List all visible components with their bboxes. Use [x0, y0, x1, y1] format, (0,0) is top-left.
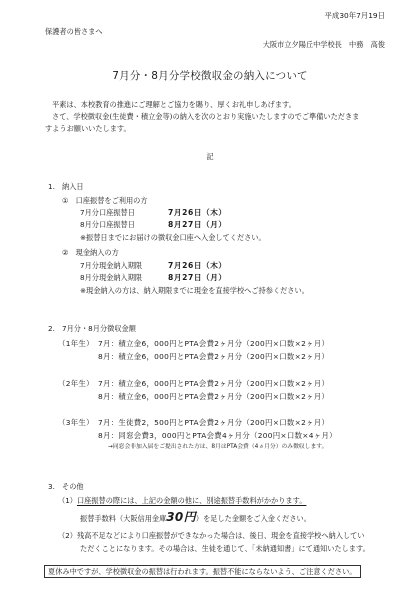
summer-notice-box: 夏休み中ですが、学校徴収金の振替は行われます。振替不能にならないよう、ご注意くだ… — [44, 565, 361, 578]
fee-text: 7月：生徒費2，500円とPTA会費2ヶ月分（200円×口数×2ヶ月） — [98, 419, 329, 426]
grade-2-august: 8月：積立金6，000円とPTA会費2ヶ月分（200円×口数×2ヶ月） — [98, 393, 329, 400]
transfer-row-july: 7月分口座振替日 7月26日（木） — [80, 209, 227, 217]
section-1-heading: 1. 納入日 — [48, 183, 84, 190]
fee-text: 7月：積立金6，000円とPTA会費2ヶ月分（200円×口数×2ヶ月） — [98, 380, 329, 387]
row-label: 8月分現金納入期限 — [80, 274, 168, 282]
grade-label: （3年生） — [58, 419, 98, 426]
grade-3-note: →同窓会非加入届をご提出された方は、8月はPTA会費（4ヵ月分）のみ徴収します。 — [108, 445, 327, 451]
cash-note: ※現金納入の方は、納入期限までに現金を直接学校へご持参ください。 — [80, 287, 309, 294]
row-label: 8月分口座振替日 — [80, 221, 168, 229]
cash-heading: ② 現金納入の方 — [62, 249, 119, 256]
transfer-fee-line: 振替手数料（大阪信用金庫30円）を足した金額をご入金ください。 — [80, 511, 311, 523]
item-1-text: 口座振替の際には、上記の金額の他に、別途振替手数料がかかります。 — [77, 496, 306, 505]
grade-2-july: （2年生） 7月：積立金6，000円とPTA会費2ヶ月分（200円×口数×2ヶ月… — [58, 380, 329, 387]
document-title: 7月分・8月分学校徴収金の納入について — [0, 71, 420, 82]
item-number: （2） — [58, 531, 77, 540]
sender: 大阪市立夕陽丘中学校長 中務 高俊 — [263, 41, 385, 48]
row-label: 7月分現金納入期限 — [80, 262, 168, 270]
greeting-line-3: すようお願いいたします。 — [45, 125, 131, 132]
grade-1-july: （1年生） 7月：積立金6，000円とPTA会費2ヶ月分（200円×口数×2ヶ月… — [58, 340, 329, 347]
row-value: 7月26日（木） — [168, 209, 227, 217]
other-item-1: （1）口座振替の際には、上記の金額の他に、別途振替手数料がかかります。 — [58, 497, 306, 504]
section-2-heading: 2. 7月分・8月分徴収金額 — [48, 325, 136, 332]
ki-heading: 記 — [0, 153, 420, 160]
grade-label: （2年生） — [58, 380, 98, 387]
grade-label: （1年生） — [58, 340, 98, 347]
cash-row-july: 7月分現金納入期限 7月26日（木） — [80, 262, 227, 270]
fee-amount: 30円 — [166, 510, 196, 524]
issue-date: 平成30年7月19日 — [325, 12, 385, 19]
greeting-line-1: 平素は、本校教育の推進にご理解とご協力を賜り、厚くお礼申しあげます。 — [52, 101, 296, 108]
row-value: 8月27日（月） — [168, 221, 227, 229]
greeting-line-2: さて、学校徴収金(生徒費・積立金等)の納入を次のとおり実施いたしますのでご準備い… — [52, 113, 359, 120]
section-3-heading: 3. その他 — [48, 483, 84, 490]
item-number: （1） — [58, 496, 77, 505]
cash-row-august: 8月分現金納入期限 8月27日（月） — [80, 274, 227, 282]
row-value: 8月27日（月） — [168, 274, 227, 282]
fee-text: 7月：積立金6，000円とPTA会費2ヶ月分（200円×口数×2ヶ月） — [98, 340, 329, 347]
addressee: 保護者の皆さまへ — [45, 28, 103, 35]
transfer-note: ※振替日までにお届けの徴収金口座へ入金してください。 — [80, 234, 266, 241]
item-2-text-1: 残高不足などにより口座振替ができなかった場合は、後日、現金を直接学校へ納入してい — [77, 531, 365, 540]
fee-suffix: ）を足した金額をご入金ください。 — [196, 514, 311, 523]
fee-prefix: 振替手数料（大阪信用金庫 — [80, 514, 166, 523]
row-value: 7月26日（木） — [168, 262, 227, 270]
grade-3-july: （3年生） 7月：生徒費2，500円とPTA会費2ヶ月分（200円×口数×2ヶ月… — [58, 419, 329, 426]
other-item-2-line-2: ただくことになります。その場合は、生徒を通じて、「未納通知書」にて通知いたします… — [80, 545, 370, 552]
other-item-2-line-1: （2）残高不足などにより口座振替ができなかった場合は、後日、現金を直接学校へ納入… — [58, 532, 364, 539]
grade-1-august: 8月：積立金6，000円とPTA会費2ヶ月分（200円×口数×2ヶ月） — [98, 353, 329, 360]
row-label: 7月分口座振替日 — [80, 209, 168, 217]
transfer-heading: ① 口座振替をご利用の方 — [62, 197, 148, 204]
grade-3-august: 8月：同窓会費3，000円とPTA会費4ヶ月分（200円×口数×4ヶ月） — [98, 432, 337, 439]
transfer-row-august: 8月分口座振替日 8月27日（月） — [80, 221, 227, 229]
